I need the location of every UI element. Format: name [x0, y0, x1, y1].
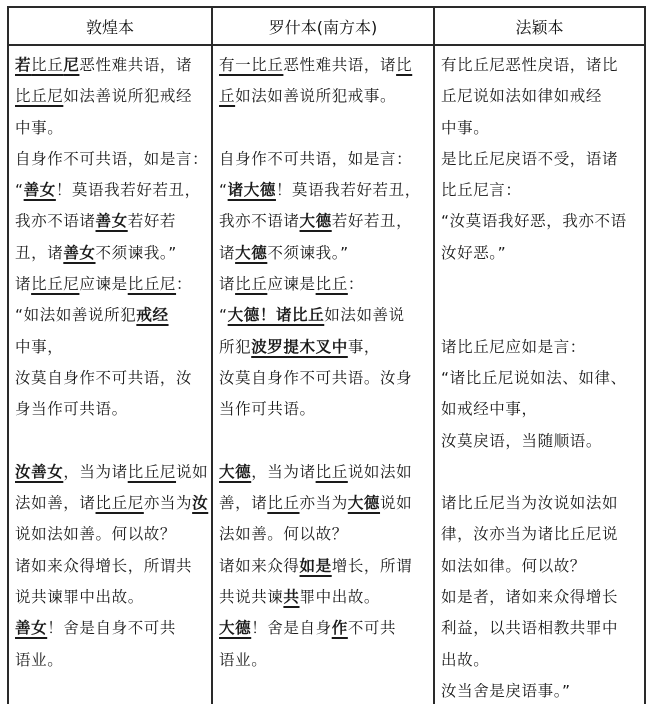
- text-segment: 比丘尼言：: [441, 181, 522, 199]
- text-segment: 应谏是: [267, 275, 315, 293]
- text-segment: 说如法如: [348, 463, 412, 481]
- text-segment: 不可共: [348, 619, 396, 637]
- emphasized-term: 大德: [219, 619, 251, 637]
- emphasized-term: 比丘尼: [31, 275, 79, 293]
- text-line: 利益，以共语相教共罪中: [441, 613, 640, 644]
- emphasized-term: 比丘: [267, 494, 299, 512]
- text-line: [15, 426, 207, 457]
- text-segment: ，当为诸: [63, 463, 127, 481]
- text-segment: 若好若丑，: [332, 212, 413, 230]
- text-line: 我亦不语诸善女若好若: [15, 206, 207, 237]
- text-segment: ！舍是自身: [251, 619, 332, 637]
- text-line: 是比丘尼戾语不受，语诸: [441, 144, 640, 175]
- text-line: 我亦不语诸大德若好若丑，: [219, 206, 429, 237]
- text-segment: 汝当舍是戾语事。”: [441, 682, 571, 700]
- text-line: 汝莫自身作不可共语，汝: [15, 363, 207, 394]
- cell-dunhuang: 若比丘尼恶性难共语，诸比丘尼如法善说所犯戒经中事。自身作不可共语，如是言：“善女…: [8, 45, 212, 704]
- emphasized-term: 汝: [192, 494, 208, 512]
- text-line: 中事。: [441, 113, 640, 144]
- text-line: 大德！舍是自身作不可共: [219, 613, 429, 644]
- text-line: 汝莫戾语，当随顺语。: [441, 426, 640, 457]
- emphasized-term: 丘: [219, 87, 235, 105]
- text-line: 语业。: [15, 645, 207, 676]
- text-segment: 法如善。何以故？: [219, 525, 348, 543]
- text-line: [441, 457, 640, 488]
- text-segment: 语业。: [219, 651, 267, 669]
- text-segment: ！舍是自身不可共: [47, 619, 176, 637]
- text-line: [219, 426, 429, 457]
- emphasized-term: 善女: [96, 212, 128, 230]
- header-luoshi: 罗什本(南方本): [212, 7, 434, 45]
- text-line: 诸如来众得增长，所谓共: [15, 551, 207, 582]
- text-segment: 说如法如善。何以故？: [15, 525, 176, 543]
- header-row: 敦煌本 罗什本(南方本) 法颖本: [8, 7, 645, 45]
- text-segment: 汝莫自身作不可共语。汝身: [219, 369, 412, 387]
- text-segment: 语业。: [15, 651, 63, 669]
- version-comparison-table: 敦煌本 罗什本(南方本) 法颖本 若比丘尼恶性难共语，诸比丘尼如法善说所犯戒经中…: [7, 6, 646, 704]
- emphasized-term: 若: [15, 56, 31, 74]
- text-segment: ：: [348, 275, 364, 293]
- text-segment: “如法如善说所犯: [15, 306, 136, 324]
- text-segment: 我亦不语诸: [15, 212, 96, 230]
- emphasized-term: 比丘尼: [96, 494, 144, 512]
- emphasized-term: 大德: [235, 244, 267, 262]
- text-segment: ！莫语我若好若丑，: [56, 181, 201, 199]
- text-segment: 诸如来众得: [219, 557, 300, 575]
- text-segment: 不须谏我。”: [96, 244, 177, 262]
- text-segment: 如法如律。何以故？: [441, 557, 586, 575]
- emphasized-term: 波罗提木叉中: [251, 338, 348, 356]
- text-line: 法如善。何以故？: [219, 519, 429, 550]
- text-line: 如是者，诸如来众得增长: [441, 582, 640, 613]
- text-segment: 身当作可共语。: [15, 400, 128, 418]
- text-segment: 中事，: [15, 338, 63, 356]
- cell-faying: 有比丘尼恶性戾语，诸比丘尼说如法如律如戒经中事。是比丘尼戾语不受，语诸比丘尼言：…: [434, 45, 645, 704]
- text-segment: 恶性难共语，诸: [79, 56, 192, 74]
- emphasized-term: 如是: [300, 557, 332, 575]
- text-segment: 诸比丘尼应如是言：: [441, 338, 586, 356]
- text-segment: 出故。: [441, 651, 489, 669]
- text-segment: 诸比丘尼当为汝说如法如: [441, 494, 618, 512]
- text-line: 善女！舍是自身不可共: [15, 613, 207, 644]
- text-segment: 是比丘尼戾语不受，语诸: [441, 150, 618, 168]
- text-line: 大德，当为诸比丘说如法如: [219, 457, 429, 488]
- text-segment: 事，: [348, 338, 380, 356]
- text-segment: “诸比丘尼说如法、如律、: [441, 369, 627, 387]
- text-line: 有一比丘恶性难共语，诸比: [219, 50, 429, 81]
- emphasized-term: 诸大德: [228, 181, 276, 199]
- text-line: [441, 269, 640, 300]
- text-line: 诸如来众得如是增长，所谓: [219, 551, 429, 582]
- emphasized-term: 比丘: [31, 56, 63, 74]
- text-segment: 恶性难共语，诸: [283, 56, 396, 74]
- text-segment: 如戒经中事，: [441, 400, 538, 418]
- text-line: 自身作不可共语，如是言：: [15, 144, 207, 175]
- emphasized-term: 作: [332, 619, 348, 637]
- text-line: “大德！诸比丘如法如善说: [219, 300, 429, 331]
- text-segment: “: [15, 181, 24, 199]
- text-segment: 当作可共语。: [219, 400, 316, 418]
- text-line: 若比丘尼恶性难共语，诸: [15, 50, 207, 81]
- emphasized-term: 大德: [348, 494, 380, 512]
- text-segment: 法如善，诸: [15, 494, 96, 512]
- text-line: [219, 113, 429, 144]
- text-segment: 说如: [380, 494, 412, 512]
- text-segment: 汝好恶。”: [441, 244, 506, 262]
- emphasized-term: 大德: [219, 463, 251, 481]
- emphasized-term: 共: [283, 588, 299, 606]
- text-segment: 自身作不可共语，如是言：: [15, 150, 208, 168]
- text-line: 汝好恶。”: [441, 238, 640, 269]
- text-segment: ：: [176, 275, 192, 293]
- text-line: 所犯波罗提木叉中事，: [219, 332, 429, 363]
- text-segment: 律，汝亦当为诸比丘尼说: [441, 525, 618, 543]
- emphasized-term: 善女: [63, 244, 95, 262]
- text-segment: 中事。: [15, 119, 63, 137]
- text-segment: 中事。: [441, 119, 489, 137]
- text-segment: “: [219, 181, 228, 199]
- text-segment: 如是者，诸如来众得增长: [441, 588, 618, 606]
- text-segment: 如法如善说: [324, 306, 405, 324]
- emphasized-term: 比: [396, 56, 412, 74]
- text-segment: 丑，诸: [15, 244, 63, 262]
- emphasized-term: 汝善女: [15, 463, 63, 481]
- emphasized-term: 尼: [63, 56, 79, 74]
- text-line: 丘如法如善说所犯戒事。: [219, 81, 429, 112]
- text-segment: 诸: [219, 244, 235, 262]
- text-segment: ！莫语我若好若丑，: [276, 181, 421, 199]
- text-line: “善女！莫语我若好若丑，: [15, 175, 207, 206]
- text-line: 当作可共语。: [219, 394, 429, 425]
- text-segment: 说如: [176, 463, 208, 481]
- emphasized-term: 大德！诸比丘: [228, 306, 325, 324]
- text-segment: 我亦不语诸: [219, 212, 300, 230]
- text-segment: 所犯: [219, 338, 251, 356]
- text-line: 出故。: [441, 645, 640, 676]
- text-line: 诸大德不须谏我。”: [219, 238, 429, 269]
- text-line: 比丘尼如法善说所犯戒经: [15, 81, 207, 112]
- text-line: 自身作不可共语，如是言：: [219, 144, 429, 175]
- text-line: 丘尼说如法如律如戒经: [441, 81, 640, 112]
- text-segment: 利益，以共语相教共罪中: [441, 619, 618, 637]
- text-line: 丑，诸善女不须谏我。”: [15, 238, 207, 269]
- text-line: 律，汝亦当为诸比丘尼说: [441, 519, 640, 550]
- emphasized-term: 大德: [300, 212, 332, 230]
- text-line: 诸比丘尼应如是言：: [441, 332, 640, 363]
- text-line: 汝当舍是戾语事。”: [441, 676, 640, 704]
- text-segment: ，当为诸: [251, 463, 315, 481]
- emphasized-term: 比丘尼: [128, 275, 176, 293]
- emphasized-term: 比丘尼: [128, 463, 176, 481]
- text-line: 善，诸比丘亦当为大德说如: [219, 488, 429, 519]
- text-line: 说如法如善。何以故？: [15, 519, 207, 550]
- emphasized-term: 比丘: [235, 275, 267, 293]
- text-segment: 共说共谏: [219, 588, 283, 606]
- text-segment: 应谏是: [79, 275, 127, 293]
- emphasized-term: 比丘尼: [15, 87, 63, 105]
- text-line: 汝莫自身作不可共语。汝身: [219, 363, 429, 394]
- text-segment: 亦当为: [144, 494, 192, 512]
- text-line: 说共谏罪中出故。: [15, 582, 207, 613]
- text-segment: 罪中出故。: [300, 588, 381, 606]
- text-line: 如法如律。何以故？: [441, 551, 640, 582]
- text-line: 诸比丘尼当为汝说如法如: [441, 488, 640, 519]
- text-segment: 如法如善说所犯戒事。: [235, 87, 396, 105]
- emphasized-term: 善女: [24, 181, 56, 199]
- cell-luoshi: 有一比丘恶性难共语，诸比丘如法如善说所犯戒事。自身作不可共语，如是言：“诸大德！…: [212, 45, 434, 704]
- text-segment: 善，诸: [219, 494, 267, 512]
- text-segment: 汝莫戾语，当随顺语。: [441, 432, 602, 450]
- text-segment: 丘尼说如法如律如戒经: [441, 87, 602, 105]
- text-segment: 不须谏我。”: [267, 244, 348, 262]
- text-line: 身当作可共语。: [15, 394, 207, 425]
- text-line: 有比丘尼恶性戾语，诸比: [441, 50, 640, 81]
- text-segment: 增长，所谓: [332, 557, 413, 575]
- text-line: 语业。: [219, 645, 429, 676]
- text-line: “如法如善说所犯戒经: [15, 300, 207, 331]
- text-segment: “汝莫语我好恶，我亦不语: [441, 212, 627, 230]
- text-line: 共说共谏共罪中出故。: [219, 582, 429, 613]
- text-segment: 自身作不可共语，如是言：: [219, 150, 412, 168]
- text-segment: 说共谏罪中出故。: [15, 588, 144, 606]
- body-row: 若比丘尼恶性难共语，诸比丘尼如法善说所犯戒经中事。自身作不可共语，如是言：“善女…: [8, 45, 645, 704]
- emphasized-term: 善女: [15, 619, 47, 637]
- text-line: 如戒经中事，: [441, 394, 640, 425]
- emphasized-term: 戒经: [136, 306, 168, 324]
- text-segment: “: [219, 306, 228, 324]
- emphasized-term: 比丘: [316, 463, 348, 481]
- text-segment: 汝莫自身作不可共语，汝: [15, 369, 192, 387]
- emphasized-term: 有一比丘: [219, 56, 283, 74]
- text-segment: 若好若: [128, 212, 176, 230]
- text-line: [441, 300, 640, 331]
- text-line: 中事。: [15, 113, 207, 144]
- emphasized-term: 比丘: [316, 275, 348, 293]
- header-dunhuang: 敦煌本: [8, 7, 212, 45]
- text-segment: 诸如来众得增长，所谓共: [15, 557, 192, 575]
- text-segment: 诸: [219, 275, 235, 293]
- text-line: “诸大德！莫语我若好若丑，: [219, 175, 429, 206]
- header-faying: 法颖本: [434, 7, 645, 45]
- text-segment: 诸: [15, 275, 31, 293]
- text-line: “诸比丘尼说如法、如律、: [441, 363, 640, 394]
- text-line: 汝善女，当为诸比丘尼说如: [15, 457, 207, 488]
- text-segment: 有比丘尼恶性戾语，诸比: [441, 56, 618, 74]
- text-line: 诸比丘应谏是比丘：: [219, 269, 429, 300]
- text-line: 比丘尼言：: [441, 175, 640, 206]
- text-line: “汝莫语我好恶，我亦不语: [441, 206, 640, 237]
- text-line: 诸比丘尼应谏是比丘尼：: [15, 269, 207, 300]
- text-segment: 亦当为: [300, 494, 348, 512]
- text-line: 法如善，诸比丘尼亦当为汝: [15, 488, 207, 519]
- text-segment: 如法善说所犯戒经: [63, 87, 192, 105]
- text-line: 中事，: [15, 332, 207, 363]
